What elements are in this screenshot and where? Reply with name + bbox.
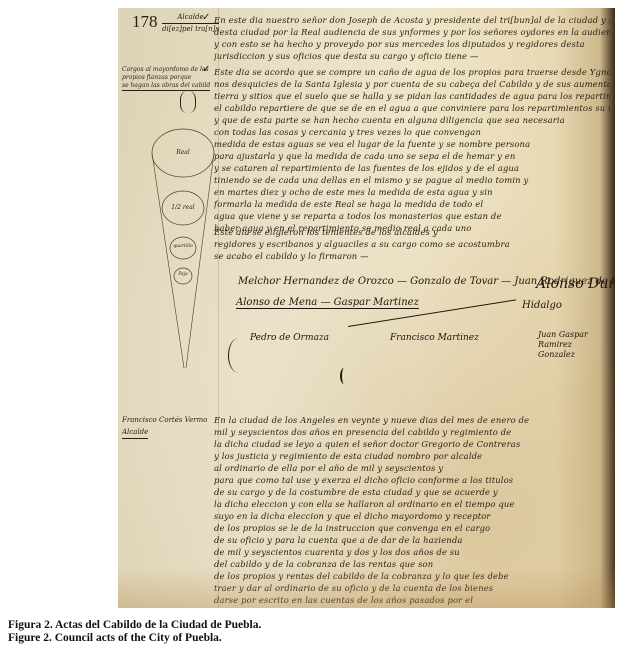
signature: Hidalgo [522, 300, 562, 311]
paragraph-1: En este dia nuestro señor don Joseph de … [214, 14, 610, 62]
heading-note-line: di[ez]pel tra[n]s [162, 24, 219, 35]
text-line: tierra y sitios que el suelo que se hall… [214, 90, 610, 102]
text-line: tiniendo se de cada una dellas en el mis… [214, 174, 610, 186]
text-line: agua que viene y se reparta a todos los … [214, 210, 610, 222]
text-line: del cabildo y de la cobranza de las rent… [214, 558, 610, 570]
text-line: Este dia se eligieron los tenientes de l… [214, 226, 610, 238]
heading-note-line: Alcalde [162, 12, 219, 24]
text-line: de mil y seyscientos cuarenta y dos y lo… [214, 546, 610, 558]
cone-label: Real [168, 149, 198, 156]
caption-english: Figure 2. Council acts of the City of Pu… [8, 632, 261, 645]
paragraph-mark-icon: ✓ [202, 64, 210, 75]
text-line: formarla la medida de este Real se haga … [214, 198, 610, 210]
cone-label: Paja [174, 272, 192, 277]
margin-note-line: Cargos al mayordomo de los [122, 66, 210, 74]
cone-diagram: Real 1/2 real quartillo Paja [148, 123, 218, 373]
text-line: al ordinario de ella por el año de mil y… [214, 462, 610, 474]
text-line: en martes diez y ocho de este mes la med… [214, 186, 610, 198]
margin-note-bottom: Francisco Cortés Vermo Alcalde [122, 414, 207, 439]
caption-spanish: Figura 2. Actas del Cabildo de la Ciudad… [8, 619, 261, 632]
text-line: de los propios y rentas del cabildo de l… [214, 570, 610, 582]
signature: Pedro de Ormaza [250, 333, 329, 343]
cone-label: 1/2 real [168, 204, 198, 211]
figure-caption: Figura 2. Actas del Cabildo de la Ciudad… [8, 619, 261, 645]
signature: Francisco Martinez [390, 333, 479, 343]
signature-line: Juan Gaspar [538, 330, 588, 340]
text-line: se acabo el cabildo y lo firmaron — [214, 250, 610, 262]
rubric-flourish-icon [180, 91, 196, 113]
margin-note-line: propios fianzas porque [122, 74, 210, 82]
margin-note-line: Alcalde [122, 426, 148, 439]
margin-note-line: se hagan las obras del cabildo [122, 82, 210, 90]
text-line: mil y seyscientos dos años en presencia … [214, 426, 610, 438]
paragraph-2: Este dia se acordo que se compre un caño… [214, 66, 610, 234]
text-line: regidores y escribanos y alguaciles a su… [214, 238, 610, 250]
margin-note-line: Francisco Cortés Vermo [122, 414, 207, 426]
signature-line: Gonzalez [538, 350, 588, 360]
signature-line: Ramirez [538, 340, 588, 350]
text-line: para ajustarla y que la medida de cada u… [214, 150, 610, 162]
text-line: desta ciudad por la Real audiencia de su… [214, 26, 610, 38]
text-line: Este dia se acordo que se compre un caño… [214, 66, 610, 78]
text-line: con todas las cosas y cercania y tres ve… [214, 126, 610, 138]
text-line: suyo en la dicha eleccion y que el dicho… [214, 510, 610, 522]
text-line: la dicha ciudad se leyo a quien el señor… [214, 438, 610, 450]
text-line: En este dia nuestro señor don Joseph de … [214, 14, 610, 26]
text-line: de su cargo y de la costumbre de esta ci… [214, 486, 610, 498]
text-line: de los propios se le de la instruccion q… [214, 522, 610, 534]
text-line: y se cataren al repartimiento de las fue… [214, 162, 610, 174]
text-line: traer y dar al ordinario de su oficio y … [214, 582, 610, 594]
text-line: jurisdiccion y sus oficios que desta su … [214, 50, 610, 62]
text-line: para que como tal use y exerza el dicho … [214, 474, 610, 486]
heading-note: Alcalde di[ez]pel tra[n]s [162, 12, 219, 35]
text-line: y que de esta parte se han hecho cuenta … [214, 114, 610, 126]
signature-flourish-icon [340, 368, 348, 384]
paragraph-4: En la ciudad de los Angeles en veynte y … [214, 414, 610, 606]
folio-number: 178 [132, 12, 158, 32]
text-line: de su oficio y para la cuenta que a de d… [214, 534, 610, 546]
signature: Alonso Duran [536, 276, 615, 292]
paragraph-mark-icon: ✓ [202, 12, 210, 23]
signature: Juan Gaspar Ramirez Gonzalez [538, 330, 588, 360]
figure: 178 Alcalde di[ez]pel tra[n]s Cargos al … [0, 0, 635, 657]
paragraph-3: Este dia se eligieron los tenientes de l… [214, 226, 610, 262]
text-line: darse por escrito en las cuentas de los … [214, 594, 610, 606]
margin-note-top: Cargos al mayordomo de los propios fianz… [122, 66, 210, 91]
text-line: y con esto se ha hecho y proveydo por su… [214, 38, 610, 50]
text-line: nos desquicies de la Santa Iglesia y por… [214, 78, 610, 90]
text-line: la dicha eleccion y con ella se hallaron… [214, 498, 610, 510]
text-line: y los justicia y regimiento de esta ciud… [214, 450, 610, 462]
text-line: medida de estas aguas se vea el lugar de… [214, 138, 610, 150]
cone-label: quartillo [170, 244, 196, 249]
manuscript-image: 178 Alcalde di[ez]pel tra[n]s Cargos al … [118, 8, 615, 608]
signature: Alonso de Mena — Gaspar Martinez [236, 297, 419, 309]
text-line: el cabildo repartiere de que se de en el… [214, 102, 610, 114]
signature-flourish-icon [228, 338, 249, 373]
text-line: En la ciudad de los Angeles en veynte y … [214, 414, 610, 426]
